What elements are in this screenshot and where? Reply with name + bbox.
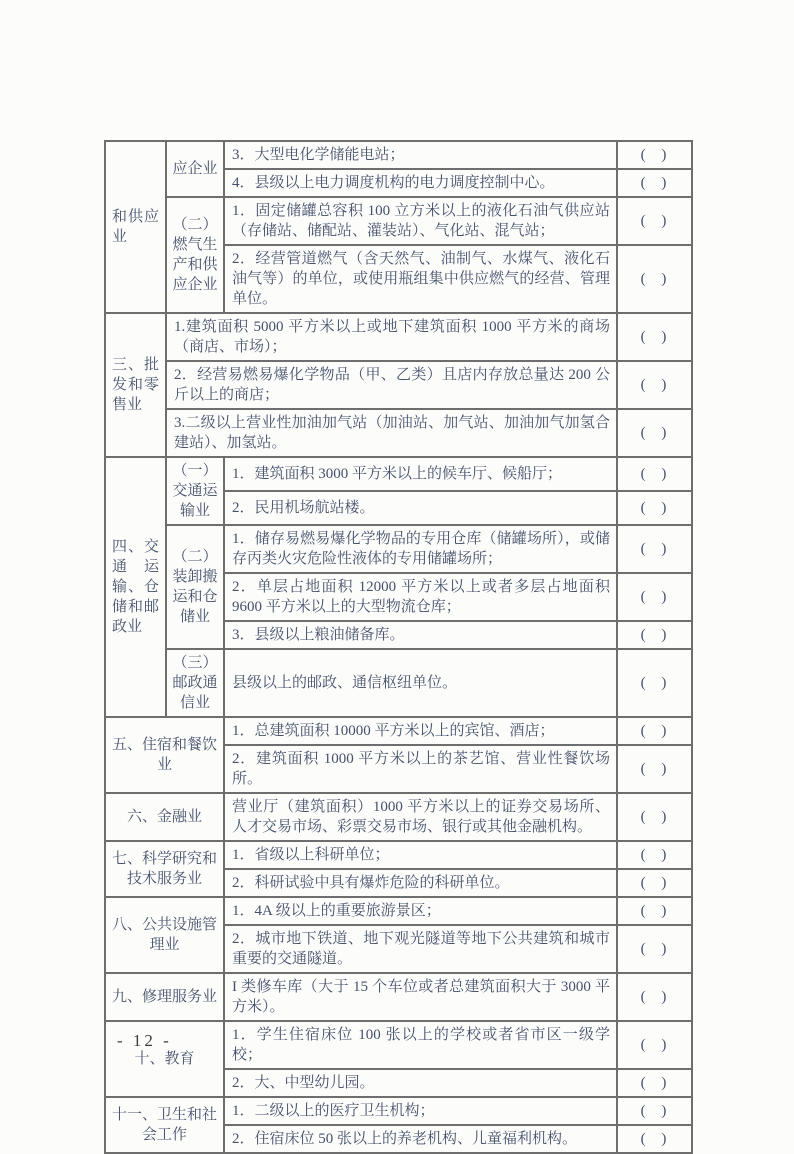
table-row: 2．经营易燃易爆化学物品（甲、乙类）且店内存放总量达 200 公斤以上的商店； … [105,361,692,409]
check-mark-cell: ( ) [617,925,692,973]
description-cell: 1．总建筑面积 10000 平方米以上的宾馆、酒店； [224,717,617,745]
check-mark-cell: ( ) [617,409,692,457]
check-mark-cell: ( ) [617,491,692,525]
check-mark-cell: ( ) [617,841,692,869]
table-row: 四、交通运输、仓储和邮政业 （一）交通运输业 1．建筑面积 3000 平方米以上… [105,457,692,491]
description-cell: 1．4A 级以上的重要旅游景区； [224,897,617,925]
description-cell: 2．民用机场航站楼。 [224,491,617,525]
subcategory-cell: （一）交通运输业 [166,457,224,525]
description-cell: 2．经营易燃易爆化学物品（甲、乙类）且店内存放总量达 200 公斤以上的商店； [166,361,617,409]
table-row: （二）燃气生产和供应企业 1．固定储罐总容积 100 立方米以上的液化石油气供应… [105,197,692,245]
category-cell: 九、修理服务业 [105,973,224,1021]
check-mark-cell: ( ) [617,169,692,197]
check-mark-cell: ( ) [617,717,692,745]
description-cell: 2．城市地下铁道、地下观光隧道等地下公共建筑和城市重要的交通隧道。 [224,925,617,973]
subcategory-cell: （三）邮政通信业 [166,649,224,717]
check-mark-cell: ( ) [617,897,692,925]
check-mark-cell: ( ) [617,525,692,573]
check-mark-cell: ( ) [617,793,692,841]
check-mark-cell: ( ) [617,457,692,491]
check-mark-cell: ( ) [617,1021,692,1069]
description-cell: 2．经营管道燃气（含天然气、油制气、水煤气、液化石油气等）的单位，或使用瓶组集中… [224,245,617,313]
check-mark-cell: ( ) [617,1125,692,1153]
category-cell: 和供应业 [105,141,166,313]
table-row: 八、公共设施管理业 1．4A 级以上的重要旅游景区； ( ) [105,897,692,925]
table-row: （三）邮政通信业 县级以上的邮政、通信枢纽单位。 ( ) [105,649,692,717]
classification-table: 和供应业 应企业 3．大型电化学储能电站； ( ) 4．县级以上电力调度机构的电… [104,140,693,1154]
description-cell: 2．住宿床位 50 张以上的养老机构、儿童福利机构。 [224,1125,617,1153]
table-row: 十、教育 1．学生住宿床位 100 张以上的学校或者省市区一级学校； ( ) [105,1021,692,1069]
table-row: 七、科学研究和技术服务业 1．省级以上科研单位； ( ) [105,841,692,869]
description-cell: 4．县级以上电力调度机构的电力调度控制中心。 [224,169,617,197]
table-row: 和供应业 应企业 3．大型电化学储能电站； ( ) [105,141,692,169]
description-cell: 2．大、中型幼儿园。 [224,1069,617,1097]
page-number: - 12 - [117,1031,172,1051]
check-mark-cell: ( ) [617,973,692,1021]
category-cell: 四、交通运输、仓储和邮政业 [105,457,166,717]
description-cell: 3．县级以上粮油储备库。 [224,621,617,649]
check-mark-cell: ( ) [617,313,692,361]
subcategory-cell: （二）燃气生产和供应企业 [166,197,224,313]
description-cell: 1．省级以上科研单位； [224,841,617,869]
subcategory-cell: 应企业 [166,141,224,197]
table-row: 十一、卫生和社会工作 1．二级以上的医疗卫生机构； ( ) [105,1097,692,1125]
table-row: 五、住宿和餐饮业 1．总建筑面积 10000 平方米以上的宾馆、酒店； ( ) [105,717,692,745]
description-cell: 3．大型电化学储能电站； [224,141,617,169]
check-mark-cell: ( ) [617,197,692,245]
category-cell: 五、住宿和餐饮业 [105,717,224,793]
check-mark-cell: ( ) [617,649,692,717]
description-cell: 营业厅（建筑面积）1000 平方米以上的证券交易场所、人才交易市场、彩票交易市场… [224,793,617,841]
description-cell: 县级以上的邮政、通信枢纽单位。 [224,649,617,717]
check-mark-cell: ( ) [617,1069,692,1097]
description-cell: 1．学生住宿床位 100 张以上的学校或者省市区一级学校； [224,1021,617,1069]
category-cell: 十一、卫生和社会工作 [105,1097,224,1153]
description-cell: 2．科研试验中具有爆炸危险的科研单位。 [224,869,617,897]
check-mark-cell: ( ) [617,745,692,793]
description-cell: 2．建筑面积 1000 平方米以上的茶艺馆、营业性餐饮场所。 [224,745,617,793]
table-row: 3.二级以上营业性加油加气站（加油站、加气站、加油加气加氢合建站）、加氢站。 (… [105,409,692,457]
table-row: 九、修理服务业 I 类修车库（大于 15 个车位或者总建筑面积大于 3000 平… [105,973,692,1021]
table-row: 三、批发和零售业 1.建筑面积 5000 平方米以上或地下建筑面积 1000 平… [105,313,692,361]
category-cell: 八、公共设施管理业 [105,897,224,973]
description-cell: 2．单层占地面积 12000 平方米以上或者多层占地面积 9600 平方米以上的… [224,573,617,621]
category-cell: 六、金融业 [105,793,224,841]
check-mark-cell: ( ) [617,1097,692,1125]
check-mark-cell: ( ) [617,573,692,621]
category-cell: 七、科学研究和技术服务业 [105,841,224,897]
category-cell: 三、批发和零售业 [105,313,166,457]
subcategory-cell: （二）装卸搬运和仓储业 [166,525,224,649]
table-row: （二）装卸搬运和仓储业 1．储存易燃易爆化学物品的专用仓库（储罐场所），或储存丙… [105,525,692,573]
check-mark-cell: ( ) [617,245,692,313]
table-row: 六、金融业 营业厅（建筑面积）1000 平方米以上的证券交易场所、人才交易市场、… [105,793,692,841]
description-cell: 1．固定储罐总容积 100 立方米以上的液化石油气供应站（存储站、储配站、灌装站… [224,197,617,245]
check-mark-cell: ( ) [617,141,692,169]
check-mark-cell: ( ) [617,869,692,897]
description-cell: 1．储存易燃易爆化学物品的专用仓库（储罐场所），或储存丙类火灾危险性液体的专用储… [224,525,617,573]
check-mark-cell: ( ) [617,621,692,649]
description-cell: 1.建筑面积 5000 平方米以上或地下建筑面积 1000 平方米的商场（商店、… [166,313,617,361]
description-cell: 3.二级以上营业性加油加气站（加油站、加气站、加油加气加氢合建站）、加氢站。 [166,409,617,457]
description-cell: I 类修车库（大于 15 个车位或者总建筑面积大于 3000 平方米）。 [224,973,617,1021]
description-cell: 1．二级以上的医疗卫生机构； [224,1097,617,1125]
description-cell: 1．建筑面积 3000 平方米以上的候车厅、候船厅； [224,457,617,491]
check-mark-cell: ( ) [617,361,692,409]
